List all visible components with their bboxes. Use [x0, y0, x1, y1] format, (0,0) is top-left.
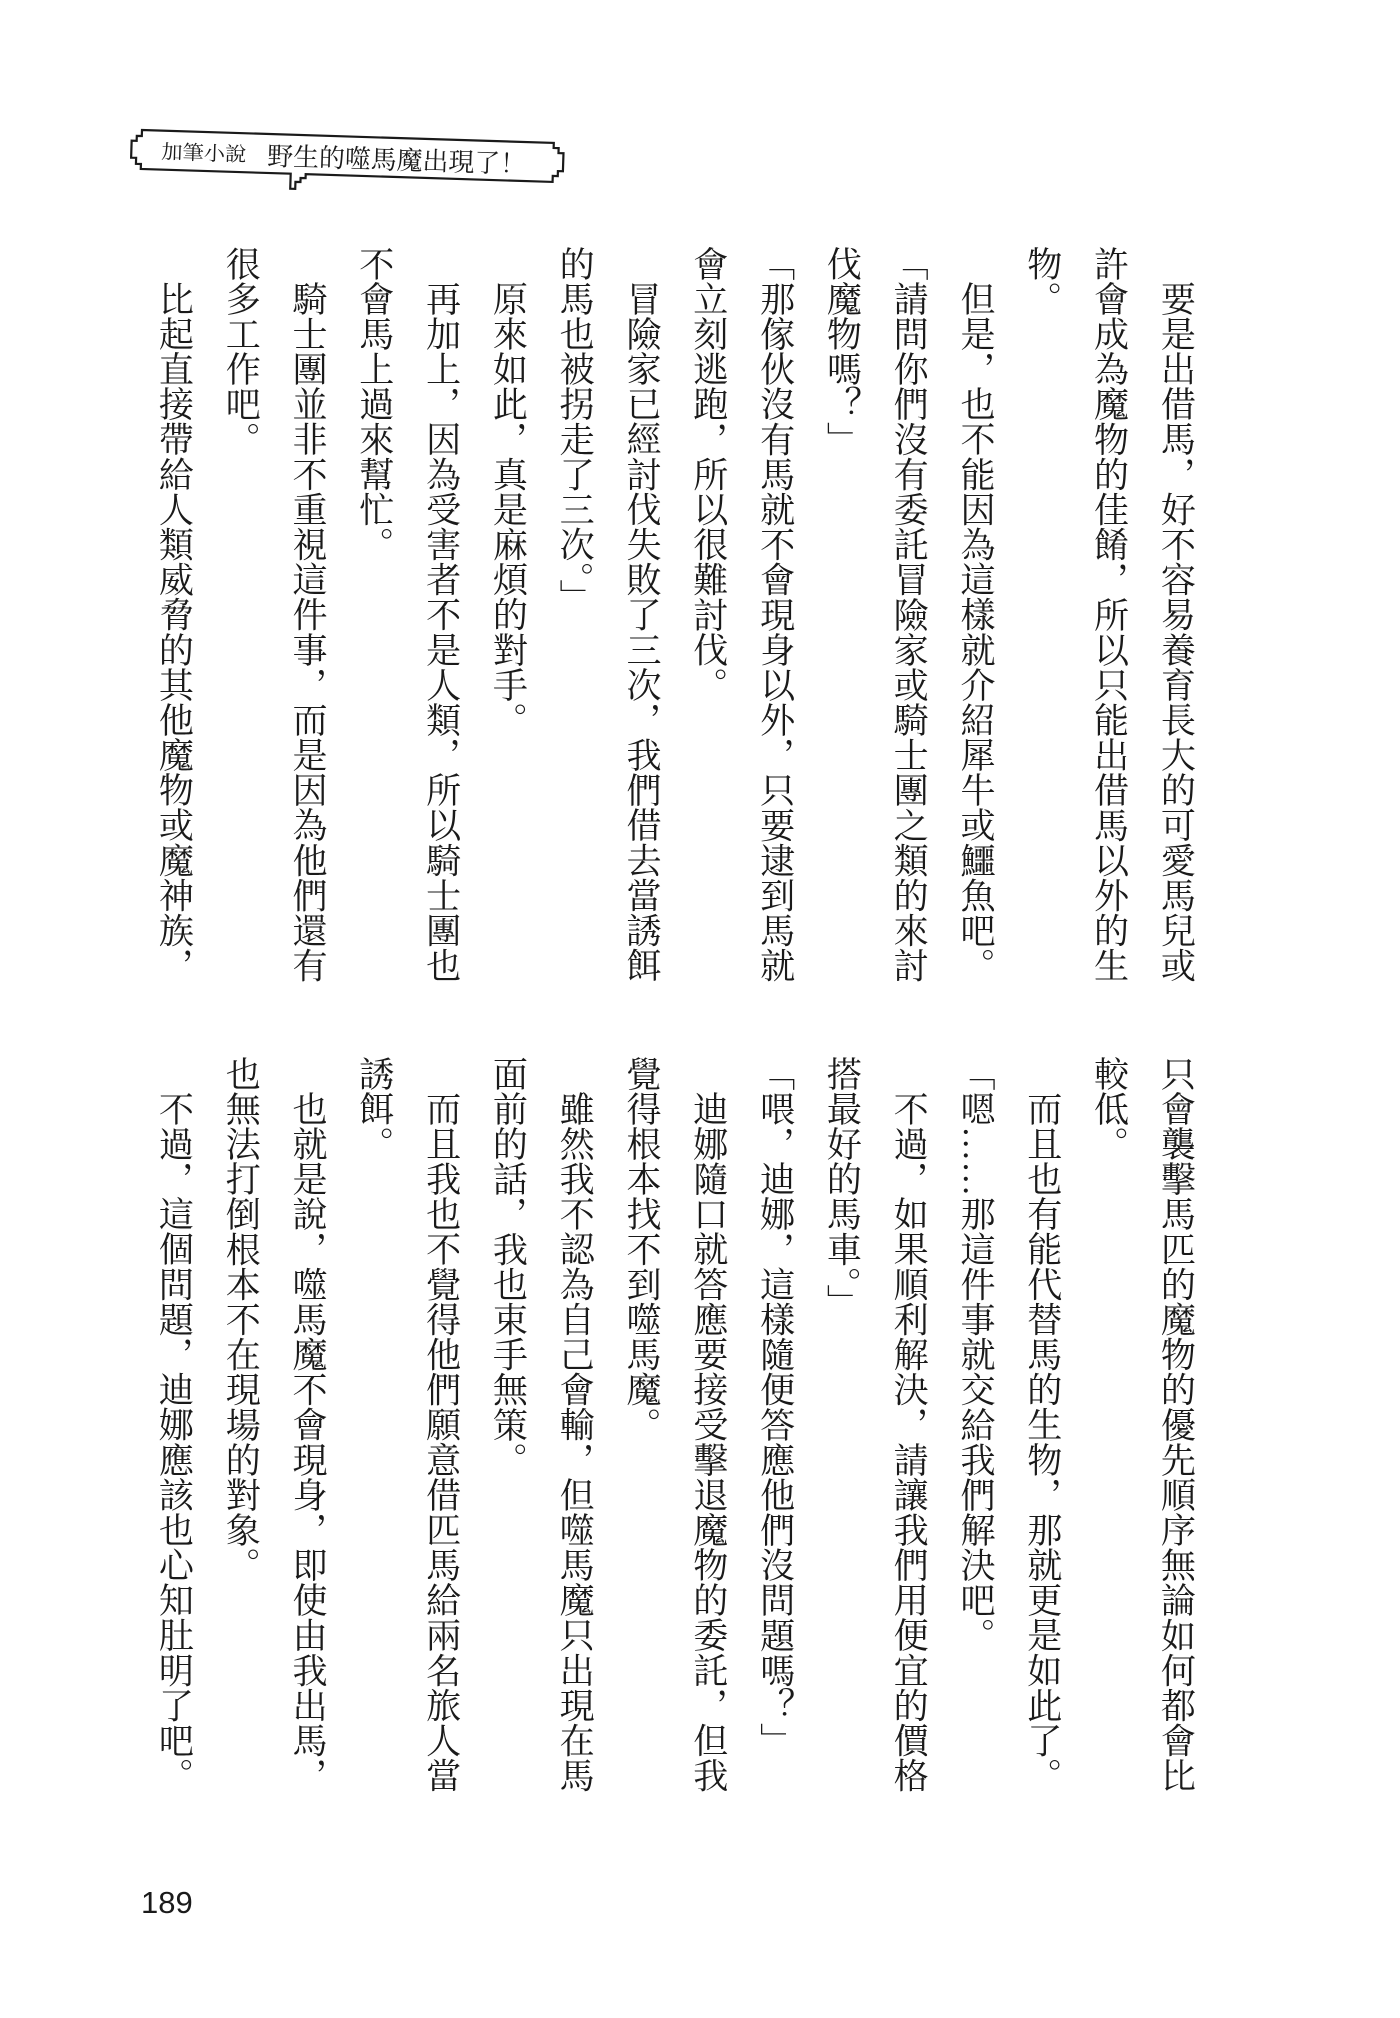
text-column: 「請問你們沒有委託冒險家或騎士團之類的來討 — [874, 246, 941, 983]
text-column: 比起直接帶給人類威脅的其他魔物或魔神族， — [140, 246, 207, 983]
text-column: 搭最好的馬車。」 — [808, 1056, 875, 1793]
text-column: 「那傢伙沒有馬就不會現身以外，只要逮到馬就 — [741, 246, 808, 983]
running-header-speech-bubble: 加筆小說 野生的噬馬魔出現了！ — [0, 0, 700, 260]
text-column: 不會馬上過來幫忙。 — [340, 246, 407, 983]
text-column: 雖然我不認為自己會輸，但噬馬魔只出現在馬 — [540, 1056, 607, 1793]
text-block-upper: 要是出借馬，好不容易養育長大的可愛馬兒或 許會成為魔物的佳餚，所以只能出借馬以外… — [140, 246, 1209, 983]
book-page: 加筆小說 野生的噬馬魔出現了！ 要是出借馬，好不容易養育長大的可愛馬兒或 許會成… — [0, 0, 1400, 2018]
text-block-lower: 只會襲擊馬匹的魔物的優先順序無論如何都會比 較低。 而且也有能代替馬的生物，那就… — [140, 1056, 1209, 1793]
text-column: 迪娜隨口就答應要接受擊退魔物的委託，但我 — [674, 1056, 741, 1793]
text-column: 也無法打倒根本不在現場的對象。 — [206, 1056, 273, 1793]
text-column: 較低。 — [1075, 1056, 1142, 1793]
text-column: 的馬也被拐走了三次。」 — [540, 246, 607, 983]
text-column: 「喂，迪娜，這樣隨便答應他們沒問題嗎？」 — [741, 1056, 808, 1793]
text-column: 伐魔物嗎？」 — [808, 246, 875, 983]
text-column: 不過，如果順利解決，請讓我們用便宜的價格 — [874, 1056, 941, 1793]
header-label: 加筆小說 — [161, 140, 247, 167]
text-column: 只會襲擊馬匹的魔物的優先順序無論如何都會比 — [1142, 1056, 1209, 1793]
text-column: 面前的話，我也束手無策。 — [474, 1056, 541, 1793]
text-column: 許會成為魔物的佳餚，所以只能出借馬以外的生 — [1075, 246, 1142, 983]
text-column: 原來如此，真是麻煩的對手。 — [474, 246, 541, 983]
text-column: 而且也有能代替馬的生物，那就更是如此了。 — [1008, 1056, 1075, 1793]
text-column: 冒險家已經討伐失敗了三次，我們借去當誘餌 — [607, 246, 674, 983]
text-column: 「嗯……那這件事就交給我們解決吧。 — [941, 1056, 1008, 1793]
text-column: 覺得根本找不到噬馬魔。 — [607, 1056, 674, 1793]
text-column: 要是出借馬，好不容易養育長大的可愛馬兒或 — [1142, 246, 1209, 983]
text-column: 不過，這個問題，迪娜應該也心知肚明了吧。 — [140, 1056, 207, 1793]
text-column: 物。 — [1008, 246, 1075, 983]
text-column: 騎士團並非不重視這件事，而是因為他們還有 — [273, 246, 340, 983]
text-column: 誘餌。 — [340, 1056, 407, 1793]
text-column: 但是，也不能因為這樣就介紹犀牛或鱷魚吧。 — [941, 246, 1008, 983]
text-column: 而且我也不覺得他們願意借匹馬給兩名旅人當 — [407, 1056, 474, 1793]
text-column: 會立刻逃跑，所以很難討伐。 — [674, 246, 741, 983]
text-column: 再加上，因為受害者不是人類，所以騎士團也 — [407, 246, 474, 983]
page-number: 189 — [141, 1887, 193, 1918]
text-column: 也就是說，噬馬魔不會現身，即使由我出馬， — [273, 1056, 340, 1793]
text-column: 很多工作吧。 — [206, 246, 273, 983]
